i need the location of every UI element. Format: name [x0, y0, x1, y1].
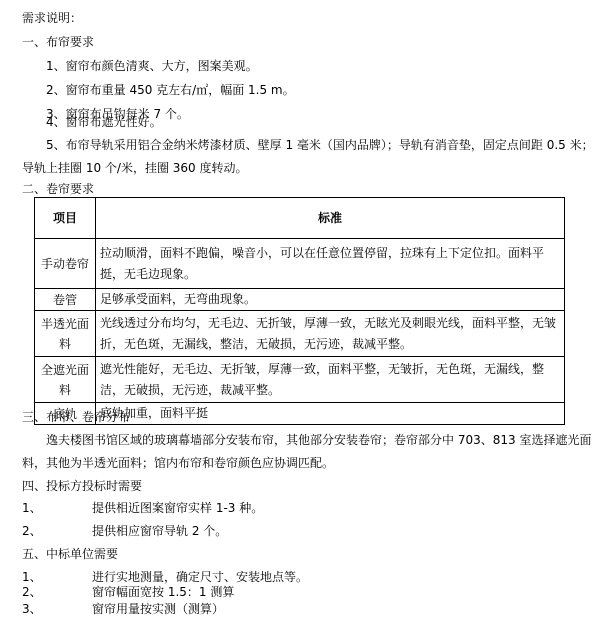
column-header-standard: 标准: [96, 198, 565, 239]
bidder-requirement-1: 1、提供相近图案窗帘实样 1-3 种。: [22, 501, 263, 515]
table-cell-item: 手动卷帘: [35, 239, 96, 289]
distribution-paragraph-line-1: 逸夫楼图书馆区域的玻璃幕墙部分安装布帘，其他部分安装卷帘；卷帘部分中 703、8…: [46, 433, 591, 447]
list-number: 1、: [22, 570, 92, 584]
table-cell-standard: 拉动顺滑，面料不跑偏，噪音小，可以在任意位置停留，拉珠有上下定位扣。面料平挺，无…: [96, 239, 565, 289]
curtain-requirement-1: 1、窗帘布颜色清爽、大方，图案美观。: [46, 59, 258, 73]
list-text: 进行实地测量，确定尺寸、安装地点等。: [92, 570, 308, 584]
list-number: 1、: [22, 501, 92, 515]
list-number: 2、: [22, 585, 92, 599]
table-cell-standard: 遮光性能好，无毛边、无折皱，厚薄一致，面料平整，无皱折，无色斑，无漏线，整洁，无…: [96, 357, 565, 403]
section-heading-winning-bidder-requirements: 五、中标单位需要: [22, 547, 118, 561]
section-heading-distribution: 三、布帘、卷帘分布: [22, 410, 130, 424]
table-row: 全遮光面料 遮光性能好，无毛边、无折皱，厚薄一致，面料平整，无皱折，无色斑，无漏…: [35, 357, 565, 403]
list-text: 窗帘用量按实测（测算）: [92, 602, 224, 616]
table-cell-standard: 光线透过分布均匀，无毛边、无折皱，厚薄一致，无眩光及刺眼光线，面料平整，无皱折，…: [96, 311, 565, 357]
section-heading-curtain-requirements: 一、布帘要求: [22, 35, 94, 49]
table-cell-item: 半透光面料: [35, 311, 96, 357]
list-text: 提供相应窗帘导轨 2 个。: [92, 524, 227, 538]
curtain-requirement-5: 5、布帘导轨采用铝合金纳米烤漆材质、壁厚 1 毫米（国内品牌）；导轨有消音垫，固…: [46, 138, 594, 152]
document-title: 需求说明：: [22, 11, 82, 25]
list-number: 2、: [22, 524, 92, 538]
section-heading-bidder-requirements: 四、投标方投标时需要: [22, 479, 142, 493]
table-row: 手动卷帘 拉动顺滑，面料不跑偏，噪音小，可以在任意位置停留，拉珠有上下定位扣。面…: [35, 239, 565, 289]
table-cell-item: 卷管: [35, 289, 96, 311]
list-number: 3、: [22, 602, 92, 616]
column-header-item: 项目: [35, 198, 96, 239]
table-row: 卷管 足够承受面料，无弯曲现象。: [35, 289, 565, 311]
section-heading-roller-blind-requirements: 二、卷帘要求: [22, 182, 94, 196]
table-cell-standard: 足够承受面料，无弯曲现象。: [96, 289, 565, 311]
winning-bidder-requirement-3: 3、窗帘用量按实测（测算）: [22, 602, 224, 616]
list-text: 窗帘幅面宽按 1.5：1 测算: [92, 585, 234, 599]
curtain-requirement-2: 2、窗帘布重量 450 克左右/㎡，幅面 1.5 m。: [46, 83, 295, 97]
bidder-requirement-2: 2、提供相应窗帘导轨 2 个。: [22, 524, 227, 538]
table-row: 半透光面料 光线透过分布均匀，无毛边、无折皱，厚薄一致，无眩光及刺眼光线，面料平…: [35, 311, 565, 357]
table-cell-item: 全遮光面料: [35, 357, 96, 403]
curtain-requirement-5-continued: 导轨上挂圈 10 个/米，挂圈 360 度转动。: [22, 161, 247, 175]
curtain-requirement-4: 4、窗帘布遮光性好。: [46, 115, 162, 129]
table-cell-standard: 底轨加重，面料平挺: [96, 403, 565, 425]
table-header-row: 项目 标准: [35, 198, 565, 239]
winning-bidder-requirement-2: 2、窗帘幅面宽按 1.5：1 测算: [22, 585, 234, 599]
list-text: 提供相近图案窗帘实样 1-3 种。: [92, 501, 263, 515]
roller-blind-spec-table: 项目 标准 手动卷帘 拉动顺滑，面料不跑偏，噪音小，可以在任意位置停留，拉珠有上…: [34, 197, 565, 425]
winning-bidder-requirement-1: 1、进行实地测量，确定尺寸、安装地点等。: [22, 570, 308, 584]
distribution-paragraph-line-2: 料，其他为半透光面料；馆内布帘和卷帘颜色应协调匹配。: [22, 456, 334, 470]
